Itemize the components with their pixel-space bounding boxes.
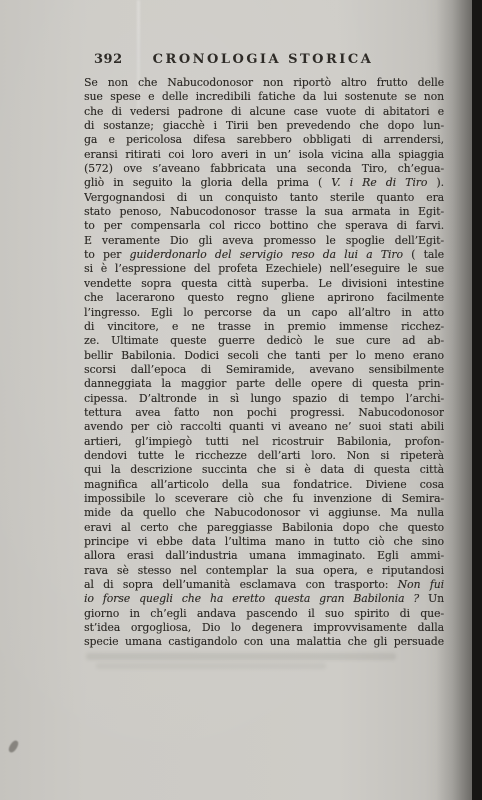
- text-line: che lacerarono questo regno gliene aprir…: [84, 291, 444, 305]
- bleed-through: [96, 663, 326, 669]
- text-line: to per compensarla col ricco bottino che…: [84, 219, 444, 233]
- text-line: giorno in ch’egli andava pascendo il suo…: [84, 607, 444, 621]
- text-line: impossibile lo sceverare ciò che fu inve…: [84, 492, 444, 506]
- text-line: ze. Ultimate queste guerre dedicò le sue…: [84, 334, 444, 348]
- text-line: si è l’espressione del profeta Ezechiele…: [84, 262, 444, 276]
- book-gutter-edge: [472, 0, 482, 800]
- page-header: 392 CRONOLOGIA STORICA: [84, 52, 442, 70]
- text-line: E veramente Dio gli aveva promesso le sp…: [84, 234, 444, 248]
- text-line: mide da quello che Nabucodonosor vi aggi…: [84, 506, 444, 520]
- text-line: Se non che Nabucodonosor non riportò alt…: [84, 76, 444, 90]
- text-line: dendovi tutte le ricchezze dell’arti lor…: [84, 449, 444, 463]
- text-line: to per guiderdonarlo del servigio reso d…: [84, 248, 444, 262]
- text-line: (572) ove s’aveano fabbricata una second…: [84, 162, 444, 176]
- text-line: avendo per ciò raccolti quanti vi aveano…: [84, 420, 444, 434]
- text-line: st’idea orgogliosa, Dio lo degenera impr…: [84, 621, 444, 635]
- text-line: che di vedersi padrone di alcune case vu…: [84, 105, 444, 119]
- text-line: Vergognandosi di un conquisto tanto ster…: [84, 191, 444, 205]
- text-line: di vincitore, e ne trasse in premio imme…: [84, 320, 444, 334]
- ink-speck: [7, 739, 20, 754]
- text-line: specie umana castigandolo con una malatt…: [84, 635, 444, 649]
- text-line: eransi ritirati coi loro averi in un’ is…: [84, 148, 444, 162]
- text-line: rava sè stesso nel contemplar la sua ope…: [84, 564, 444, 578]
- text-line: bellir Babilonia. Dodici secoli che tant…: [84, 349, 444, 363]
- text-line: al di sopra dell’umanità esclamava con t…: [84, 578, 444, 592]
- text-line: danneggiata la maggior parte delle opere…: [84, 377, 444, 391]
- text-line: principe vi ebbe data l’ultima mano in t…: [84, 535, 444, 549]
- text-line: tettura avea fatto non pochi progressi. …: [84, 406, 444, 420]
- text-line: vendette sopra questa città superba. Le …: [84, 277, 444, 291]
- text-line: allora erasi dall’industria umana immagi…: [84, 549, 444, 563]
- running-title: CRONOLOGIA STORICA: [84, 52, 442, 67]
- text-line: magnifica all’articolo della sua fondatr…: [84, 478, 444, 492]
- text-line: l’ingresso. Egli lo percorse da un capo …: [84, 306, 444, 320]
- text-line: di sostanze; giacchè i Tirii ben prevede…: [84, 119, 444, 133]
- text-line: eravi al certo che pareggiasse Babilonia…: [84, 521, 444, 535]
- text-line: scorsi dall’epoca di Semiramide, avevano…: [84, 363, 444, 377]
- body-text: Se non che Nabucodonosor non riportò alt…: [84, 76, 444, 650]
- text-line: io forse quegli che ha eretto questa gra…: [84, 592, 444, 606]
- text-line: ga e pericolosa difesa sarebbero obbliga…: [84, 133, 444, 147]
- scan-page: 392 CRONOLOGIA STORICA Se non che Nabuco…: [0, 0, 482, 800]
- text-line: cipessa. D’altronde in sì lungo spazio d…: [84, 392, 444, 406]
- text-line: gliò in seguito la gloria della prima ( …: [84, 176, 444, 190]
- text-line: stato penoso, Nabucodonosor trasse la su…: [84, 205, 444, 219]
- bleed-through: [86, 653, 396, 660]
- text-line: qui la descrizione succinta che si è dat…: [84, 463, 444, 477]
- text-line: sue spese e delle incredibili fatiche da…: [84, 90, 444, 104]
- text-line: artieri, gl’impiegò tutti nel ricostruir…: [84, 435, 444, 449]
